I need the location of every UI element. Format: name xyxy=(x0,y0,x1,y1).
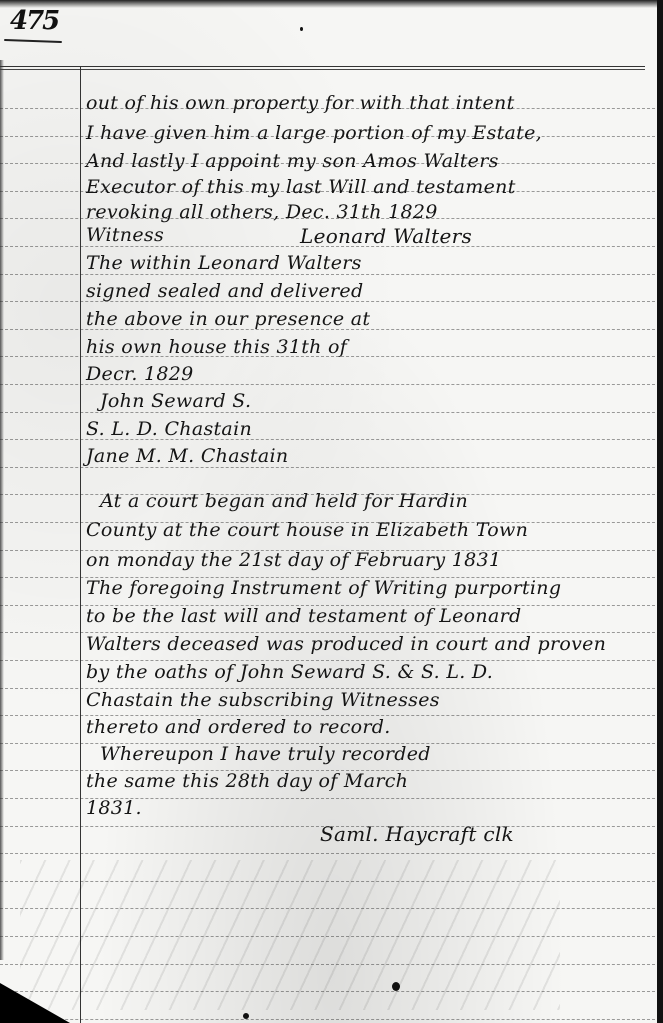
ruled-line xyxy=(0,853,655,854)
text-line: Chastain the subscribing Witnesses xyxy=(86,689,440,711)
scan-right-edge xyxy=(657,0,663,1023)
witness-signature: John Seward S. xyxy=(100,390,251,412)
text-line: The within Leonard Walters xyxy=(86,252,362,274)
header-rule xyxy=(0,66,645,70)
text-line: out of his own property for with that in… xyxy=(86,92,515,114)
ink-blot xyxy=(243,1013,249,1019)
text-line: signed sealed and delivered xyxy=(86,280,363,302)
text-line: Whereupon I have truly recorded xyxy=(100,743,431,765)
ink-bleed-through xyxy=(20,860,560,1010)
text-line: County at the court house in Elizabeth T… xyxy=(86,519,528,541)
text-line: Witness xyxy=(86,224,164,246)
text-line: Decr. 1829 xyxy=(86,363,194,385)
ink-speck xyxy=(300,27,303,31)
scan-top-shadow xyxy=(0,0,663,8)
text-line: revoking all others, Dec. 31th 1829 xyxy=(86,201,438,223)
clerk-signature: Saml. Haycraft clk xyxy=(320,822,514,846)
text-line: thereto and ordered to record. xyxy=(86,716,391,738)
ruled-line xyxy=(0,274,655,275)
text-line: The foregoing Instrument of Writing purp… xyxy=(86,577,561,599)
witness-signature: S. L. D. Chastain xyxy=(86,418,252,440)
text-line: 1831. xyxy=(86,797,142,819)
page-number: 475 xyxy=(10,6,58,36)
text-line: his own house this 31th of xyxy=(86,336,347,358)
text-line: on monday the 21st day of February 1831 xyxy=(86,549,501,571)
text-line: At a court began and held for Hardin xyxy=(100,490,468,512)
text-line: Walters deceased was produced in court a… xyxy=(86,633,606,655)
text-line: And lastly I appoint my son Amos Walters xyxy=(86,150,499,172)
text-line: Executor of this my last Will and testam… xyxy=(86,176,516,198)
ruled-line xyxy=(0,467,655,468)
ink-blot xyxy=(392,982,400,991)
testator-signature: Leonard Walters xyxy=(300,224,472,248)
text-line: the above in our presence at xyxy=(86,308,370,330)
text-line: the same this 28th day of March xyxy=(86,770,408,792)
page-corner-shadow xyxy=(0,983,70,1023)
witness-signature: Jane M. M. Chastain xyxy=(86,445,288,467)
scan-left-edge xyxy=(0,60,4,960)
text-line: by the oaths of John Seward S. & S. L. D… xyxy=(86,661,493,683)
ledger-page: 475 out of his own property for with tha… xyxy=(0,0,663,1023)
ruled-line xyxy=(0,1019,655,1020)
page-number-underline xyxy=(4,39,62,43)
text-line: to be the last will and testament of Leo… xyxy=(86,605,521,627)
text-line: I have given him a large portion of my E… xyxy=(86,122,542,144)
ruled-line xyxy=(0,412,655,413)
